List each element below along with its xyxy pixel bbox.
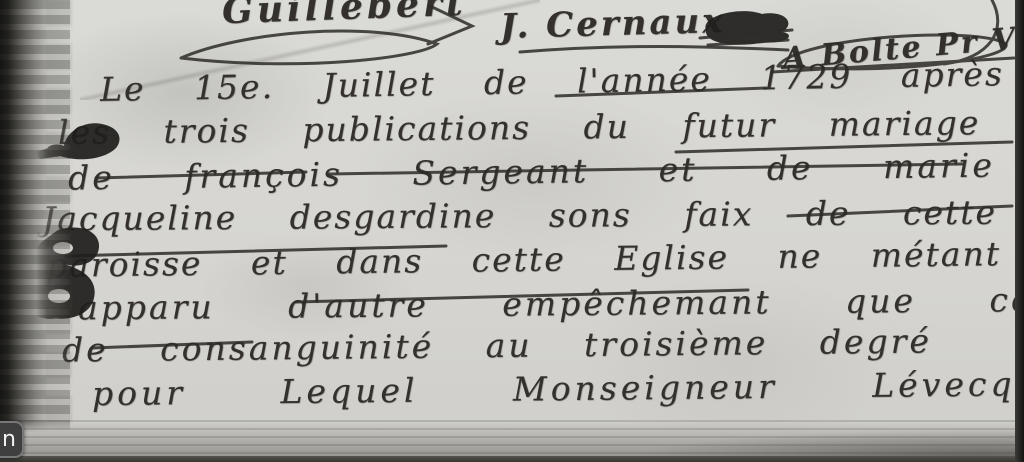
scan-bottom-border <box>0 456 1024 462</box>
scan-right-border <box>1015 0 1024 462</box>
corner-overlay-button[interactable]: n <box>0 421 24 458</box>
handwritten-line: apparu d'autre empêchemant que celuy <box>78 280 1024 328</box>
corner-overlay-button-label: n <box>2 427 16 452</box>
handwritten-line: Jacqueline desgardine sons faix de cette <box>42 193 997 239</box>
binding-ridge <box>46 0 72 462</box>
signature-cernaux: J. Cernaux <box>500 1 726 47</box>
scanned-register-page: Guillebert J. Cernaux A Bolte Pr Vic Le … <box>0 0 1024 462</box>
